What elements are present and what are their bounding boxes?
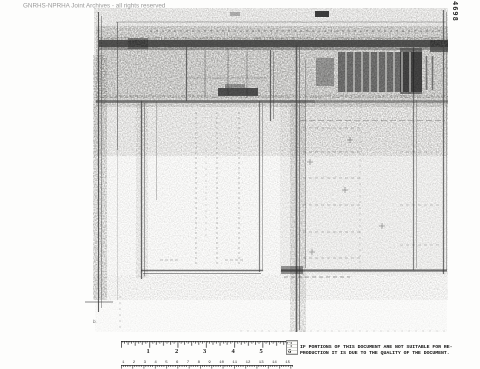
ruler-fine-numbers: 1 2 3 4 5 6 7 8 9 10 11 12 13 14 15 bbox=[122, 360, 294, 365]
ruler-number: 2 bbox=[175, 347, 178, 355]
ruler-number: 1 bbox=[147, 347, 150, 355]
ruler-scale-inches: 1 2 3 4 5 6 bbox=[121, 341, 292, 356]
disclaimer-line-1: IF PORTIONS OF THIS DOCUMENT ARE NOT SUI… bbox=[300, 344, 465, 350]
ruler-number: 5 bbox=[260, 347, 263, 355]
ruler-scale-fine: 1 2 3 4 5 6 7 8 9 10 11 12 13 14 15 bbox=[121, 356, 293, 366]
margin-mark: b. bbox=[93, 319, 97, 324]
sheet-number: 4698 bbox=[451, 1, 459, 22]
quality-disclaimer: IF PORTIONS OF THIS DOCUMENT ARE NOT SUI… bbox=[300, 344, 465, 356]
archive-watermark: GNRHS-NPRHA Joint Archives - all rights … bbox=[23, 2, 173, 9]
scanned-document-page: { "colors": { "page_bg": "#fdfdfc", "ink… bbox=[0, 0, 480, 369]
ruler-fine-ticks bbox=[121, 365, 293, 369]
disclaimer-line-2: PRODUCTION IT IS DUE TO THE QUALITY OF T… bbox=[300, 350, 465, 356]
ruler-number: 4 bbox=[232, 347, 235, 355]
ruler-number: 3 bbox=[203, 347, 206, 355]
ruler-inch-numbers: 1 2 3 4 5 6 bbox=[121, 347, 292, 356]
stamp-box bbox=[286, 340, 298, 355]
floor-plan-drawing bbox=[0, 0, 480, 369]
